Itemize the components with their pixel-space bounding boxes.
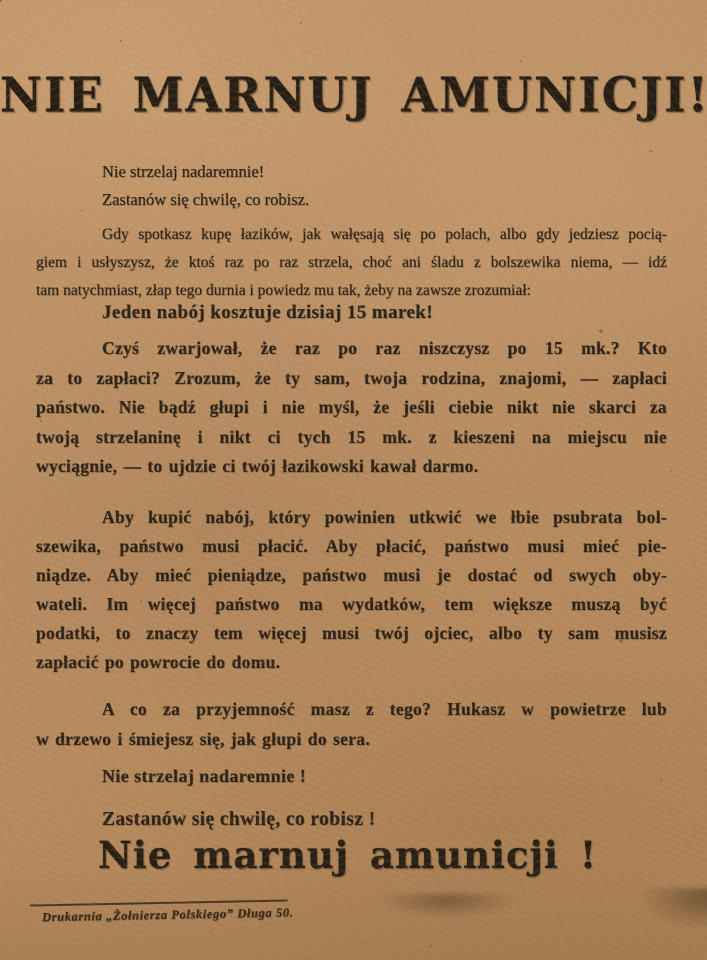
body-line: za to zapłaci? Zrozum, że ty sam, twoja … xyxy=(36,364,667,394)
closing-line-1: Nie strzelaj nadaremnie ! xyxy=(36,766,667,787)
body-line: w drzewo i śmiejesz się, jak głupi do se… xyxy=(36,724,667,754)
body-line: państwo. Nie bądź głupi i nie myśl, że j… xyxy=(36,393,667,423)
intro-line: Nie strzelaj nadaremnie! xyxy=(36,156,667,184)
body-line: Czyś zwarjował, że raz po raz niszczysz … xyxy=(36,334,667,364)
headline: NIE MARNUJ AMUNICJI! xyxy=(0,69,707,122)
paragraph-no-fun: A co za przyjemność masz z tego? Hukasz … xyxy=(36,694,667,754)
closing-slogan: Nie marnuj amunicji ! xyxy=(36,833,667,877)
body-line: Aby kupić nabój, który powinien utkwić w… xyxy=(36,503,667,532)
leaflet-photo: NIE MARNUJ AMUNICJI! Nie strzelaj nadare… xyxy=(0,0,707,960)
price-slogan: Jeden nabój kosztuje dzisiaj 15 marek! xyxy=(36,300,667,326)
paragraph-who-pays: Czyś zwarjował, że raz po raz niszczysz … xyxy=(36,334,667,482)
closing-line-2: Zastanów się chwilę, co robisz ! xyxy=(36,809,667,831)
body-line: szewika, państwo musi płacić. Aby płacić… xyxy=(36,532,667,561)
paragraph-wandering-soldiers: Gdy spotkasz kupę łazików, jak wałęsają … xyxy=(36,221,667,305)
body-line: giem i usłyszysz, że ktoś raz po raz str… xyxy=(36,249,667,277)
body-line: wateli. Im więcej państwo ma wydatków, t… xyxy=(36,590,667,619)
intro-line: Zastanów się chwilę, co robisz. xyxy=(36,184,667,212)
intro-section: Nie strzelaj nadaremnie! Zastanów się ch… xyxy=(36,156,667,212)
paragraph-state-money: Aby kupić nabój, który powinien utkwić w… xyxy=(36,503,667,677)
body-line: A co za przyjemność masz z tego? Hukasz … xyxy=(36,694,667,724)
body-line: Gdy spotkasz kupę łazików, jak wałęsają … xyxy=(36,221,667,249)
body-line: podatki, to znaczy tem więcej musi twój … xyxy=(36,619,667,648)
body-line: niądze. Aby mieć pieniądze, państwo musi… xyxy=(36,561,667,590)
body-line: twoją strzelaninę i nikt ci tych 15 mk. … xyxy=(36,423,667,453)
body-line: zapłacić po powrocie do domu. xyxy=(36,648,667,677)
body-line: wyciągnie, — to ujdzie ci twój łazikowsk… xyxy=(36,452,667,482)
